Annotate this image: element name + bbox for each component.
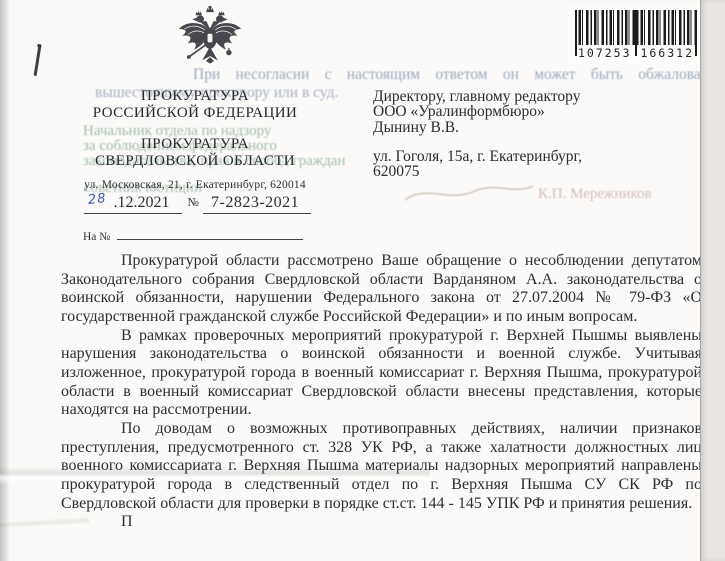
org-line-4: СВЕРДЛОВСКОЙ ОБЛАСТИ bbox=[50, 153, 340, 170]
barcode: 107253 166312 bbox=[568, 6, 704, 64]
paragraph-3: По доводам о возможных противоправных де… bbox=[61, 420, 702, 513]
pen-mark bbox=[34, 45, 41, 76]
scanned-letter-page: При несогласии с настоящим ответом он мо… bbox=[0, 0, 725, 561]
paragraph-1: Прокуратурой области рассмотрено Ваше об… bbox=[61, 252, 702, 327]
letter-body: Прокуратурой области рассмотрено Ваше об… bbox=[61, 252, 702, 532]
recipient-address-2: 620075 bbox=[373, 164, 582, 179]
bleedthrough-signature-squiggle bbox=[403, 176, 535, 208]
org-name-federation: ПРОКУРАТУРА РОССИЙСКОЙ ФЕДЕРАЦИИ bbox=[50, 88, 340, 122]
bleedthrough-signer-name: К.П. Мережников bbox=[538, 186, 652, 203]
recipient-line-3: Дынину В.В. bbox=[373, 120, 582, 135]
recipient-line-1: Директору, главному редактору bbox=[373, 89, 582, 104]
org-line-2: РОССИЙСКОЙ ФЕДЕРАЦИИ bbox=[50, 105, 340, 122]
date-segment: 28.12.2021 bbox=[84, 194, 182, 214]
handwritten-day: 28 bbox=[87, 191, 107, 208]
org-name-region: ПРОКУРАТУРА СВЕРДЛОВСКОЙ ОБЛАСТИ bbox=[50, 136, 340, 170]
sender-address: ул. Московская, 21, г. Екатеринбург, 620… bbox=[50, 179, 340, 191]
recipient-block: Директору, главному редактору ООО «Урали… bbox=[373, 89, 582, 179]
barcode-digits: 107253 166312 bbox=[568, 46, 704, 60]
reply-to-blank bbox=[117, 226, 303, 240]
paragraph-2: В рамках проверочных мероприятий прокура… bbox=[61, 327, 702, 420]
paper-right-edge bbox=[700, 0, 725, 561]
reply-to-label: На № bbox=[83, 231, 110, 243]
bleedthrough-appeal-line1: При несогласии с настоящим ответом он мо… bbox=[193, 66, 709, 84]
russia-coat-of-arms-icon bbox=[172, 5, 248, 67]
date-printed: .12.2021 bbox=[114, 194, 170, 211]
letterhead: ПРОКУРАТУРА РОССИЙСКОЙ ФЕДЕРАЦИИ ПРОКУРА… bbox=[50, 88, 340, 191]
reply-to-row: На № bbox=[83, 226, 303, 243]
org-line-3: ПРОКУРАТУРА bbox=[50, 136, 340, 153]
number-sign: № bbox=[188, 195, 199, 209]
recipient-address-1: ул. Гоголя, 15а, г. Екатеринбург, bbox=[373, 149, 582, 164]
outgoing-number-row: 28.12.2021№7-2823-2021 bbox=[84, 194, 311, 214]
paragraph-4-clipped: П bbox=[61, 513, 702, 532]
recipient-line-2: ООО «Уралинформбюро» bbox=[373, 104, 582, 119]
org-line-1: ПРОКУРАТУРА bbox=[50, 88, 340, 105]
outgoing-number: 7-2823-2021 bbox=[203, 194, 311, 214]
